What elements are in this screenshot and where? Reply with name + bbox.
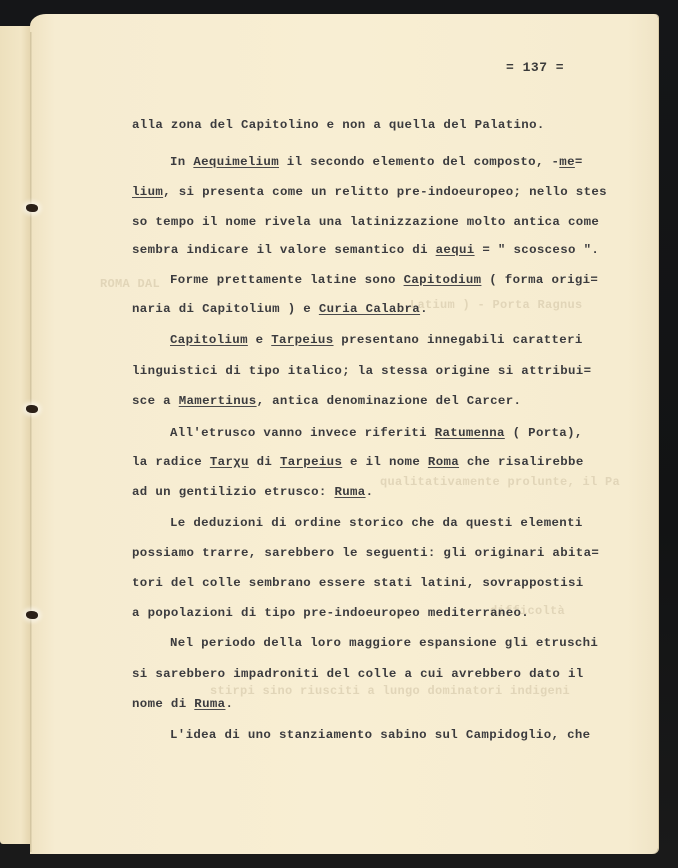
- underlined-term: Curia Calabra: [319, 302, 420, 316]
- text-run: si sarebbero impadroniti del colle a cui…: [132, 667, 584, 681]
- text-line: a popolazioni di tipo pre-indoeuropeo me…: [132, 606, 529, 626]
- text-run: All'etrusco vanno invece riferiti: [170, 426, 435, 440]
- text-line: ad un gentilizio etrusco: Ruma.: [132, 485, 373, 505]
- text-run: a popolazioni di tipo pre-indoeuropeo me…: [132, 606, 529, 620]
- text-line: Forme prettamente latine sono Capitodium…: [170, 273, 598, 293]
- text-run: linguistici di tipo italico; la stessa o…: [132, 364, 591, 378]
- underlined-term: lium: [132, 185, 163, 199]
- text-line: Le deduzioni di ordine storico che da qu…: [170, 516, 583, 536]
- underlined-term: Tarχu: [210, 455, 249, 469]
- text-run: alla zona del Capitolino e non a quella …: [132, 118, 545, 132]
- text-run: = " scosceso ".: [475, 243, 600, 257]
- text-run: il secondo elemento del composto, -: [279, 155, 559, 169]
- text-run: , si presenta come un relitto pre-indoeu…: [163, 185, 607, 199]
- text-line: so tempo il nome rivela una latinizzazio…: [132, 215, 599, 235]
- text-run: L'idea di uno stanziamento sabino sul Ca…: [170, 728, 590, 742]
- underlined-term: Ruma: [334, 485, 365, 499]
- underlined-term: me: [559, 155, 575, 169]
- underlined-term: Tarpeius: [280, 455, 342, 469]
- binding-hole: [26, 204, 38, 212]
- text-line: tori del colle sembrano essere stati lat…: [132, 576, 584, 596]
- text-run: sce a: [132, 394, 179, 408]
- text-line: Nel periodo della loro maggiore espansio…: [170, 636, 598, 656]
- text-run: .: [225, 697, 233, 711]
- text-line: la radice Tarχu di Tarpeius e il nome Ro…: [132, 455, 584, 475]
- text-run: la radice: [132, 455, 210, 469]
- text-line: L'idea di uno stanziamento sabino sul Ca…: [170, 728, 590, 748]
- text-run: che risalirebbe: [459, 455, 584, 469]
- text-line: linguistici di tipo italico; la stessa o…: [132, 364, 591, 384]
- text-line: si sarebbero impadroniti del colle a cui…: [132, 667, 584, 687]
- text-line: In Aequimelium il secondo elemento del c…: [170, 155, 583, 175]
- text-run: ( forma origi=: [481, 273, 598, 287]
- text-run: , antica denominazione del Carcer.: [257, 394, 522, 408]
- text-run: Nel periodo della loro maggiore espansio…: [170, 636, 598, 650]
- text-line: nome di Ruma.: [132, 697, 233, 717]
- underlined-term: Ruma: [194, 697, 225, 711]
- text-run: tori del colle sembrano essere stati lat…: [132, 576, 584, 590]
- underlined-term: Capitolium: [170, 333, 248, 347]
- text-run: sembra indicare il valore semantico di: [132, 243, 436, 257]
- bleed-through-text: Latium ) - Porta Ragnus: [410, 298, 583, 312]
- text-run: ( Porta),: [505, 426, 583, 440]
- text-line: All'etrusco vanno invece riferiti Ratume…: [170, 426, 583, 446]
- text-line: Capitolium e Tarpeius presentano innegab…: [170, 333, 583, 353]
- text-run: nome di: [132, 697, 194, 711]
- bleed-through-text: qualitativamente prolunte, il Pa: [380, 475, 620, 489]
- text-run: possiamo trarre, sarebbero le seguenti: …: [132, 546, 599, 560]
- text-line: alla zona del Capitolino e non a quella …: [132, 118, 545, 138]
- text-line: sce a Mamertinus, antica denominazione d…: [132, 394, 521, 414]
- underlined-term: aequi: [436, 243, 475, 257]
- underlined-term: Mamertinus: [179, 394, 257, 408]
- binding-hole: [26, 611, 38, 619]
- text-run: .: [366, 485, 374, 499]
- page-number: = 137 =: [506, 60, 564, 75]
- text-run: presentano innegabili caratteri: [334, 333, 583, 347]
- binding-hole: [26, 405, 38, 413]
- underlined-term: Capitodium: [404, 273, 482, 287]
- text-run: .: [420, 302, 428, 316]
- page-gutter: [30, 32, 32, 852]
- underlined-term: Tarpeius: [271, 333, 333, 347]
- bleed-through-text: ROMA DAL: [100, 277, 160, 291]
- text-line: possiamo trarre, sarebbero le seguenti: …: [132, 546, 599, 566]
- text-run: naria di Capitolium ) e: [132, 302, 319, 316]
- text-line: naria di Capitolium ) e Curia Calabra.: [132, 302, 428, 322]
- text-line: sembra indicare il valore semantico di a…: [132, 243, 599, 263]
- text-run: In: [170, 155, 193, 169]
- text-line: lium, si presenta come un relitto pre-in…: [132, 185, 607, 205]
- text-run: ad un gentilizio etrusco:: [132, 485, 334, 499]
- previous-page-edge: [0, 26, 30, 844]
- text-run: Le deduzioni di ordine storico che da qu…: [170, 516, 583, 530]
- text-run: e il nome: [342, 455, 428, 469]
- underlined-term: Ratumenna: [435, 426, 505, 440]
- text-run: so tempo il nome rivela una latinizzazio…: [132, 215, 599, 229]
- text-run: e: [248, 333, 271, 347]
- underlined-term: Roma: [428, 455, 459, 469]
- underlined-term: Aequimelium: [193, 155, 279, 169]
- text-run: di: [249, 455, 280, 469]
- text-run: Forme prettamente latine sono: [170, 273, 404, 287]
- text-run: =: [575, 155, 583, 169]
